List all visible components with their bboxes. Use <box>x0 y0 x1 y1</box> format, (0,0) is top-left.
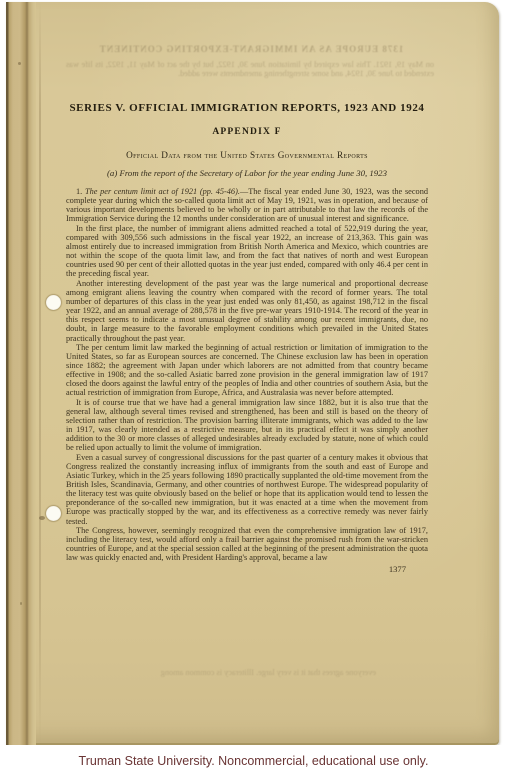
paragraph-7: The Congress, however, seemingly recogni… <box>66 526 428 563</box>
bleedthrough-running-head: 1378 EUROPE AS AN IMMIGRANT-EXPORTING CO… <box>66 44 436 54</box>
ink-speck <box>39 516 45 520</box>
body-text: 1. The per centum limit act of 1921 (pp.… <box>66 187 428 562</box>
series-title: SERIES V. OFFICIAL IMMIGRATION REPORTS, … <box>66 102 428 114</box>
page-text-block: SERIES V. OFFICIAL IMMIGRATION REPORTS, … <box>66 102 428 574</box>
bleedthrough-top-paragraph: on May 19, 1921. This law expired by lim… <box>66 60 434 78</box>
paragraph-3: Another interesting development of the p… <box>66 279 428 343</box>
archive-caption: Truman State University. Noncommercial, … <box>0 754 507 768</box>
page-number: 1377 <box>66 564 428 574</box>
scanned-book-page: 1378 EUROPE AS AN IMMIGRANT-EXPORTING CO… <box>6 2 499 745</box>
subtitle-heading: Official Data from the United States Gov… <box>66 150 428 160</box>
ink-speck <box>20 602 22 605</box>
source-attribution-line: (a) From the report of the Secretary of … <box>66 168 428 178</box>
paragraph-1: 1. The per centum limit act of 1921 (pp.… <box>66 187 428 224</box>
paragraph-1-number: 1. <box>76 187 85 196</box>
paragraph-5: It is of course true that we have had a … <box>66 398 428 453</box>
punch-hole-bottom <box>46 506 61 521</box>
ink-speck <box>18 62 21 65</box>
appendix-heading: APPENDIX F <box>66 127 428 137</box>
paragraph-4: The per centum limit law marked the begi… <box>66 343 428 398</box>
paragraph-2: In the first place, the number of immigr… <box>66 224 428 279</box>
punch-hole-top <box>46 295 61 310</box>
page-fold-crease <box>39 2 41 745</box>
paragraph-6: Even a casual survey of congressional di… <box>66 453 428 526</box>
paragraph-1-lead: The per centum limit act of 1921 (pp. 45… <box>85 187 240 196</box>
bleedthrough-bottom-line: everyone agrees that it is very large. I… <box>76 668 376 677</box>
book-spine-edge <box>6 2 36 745</box>
